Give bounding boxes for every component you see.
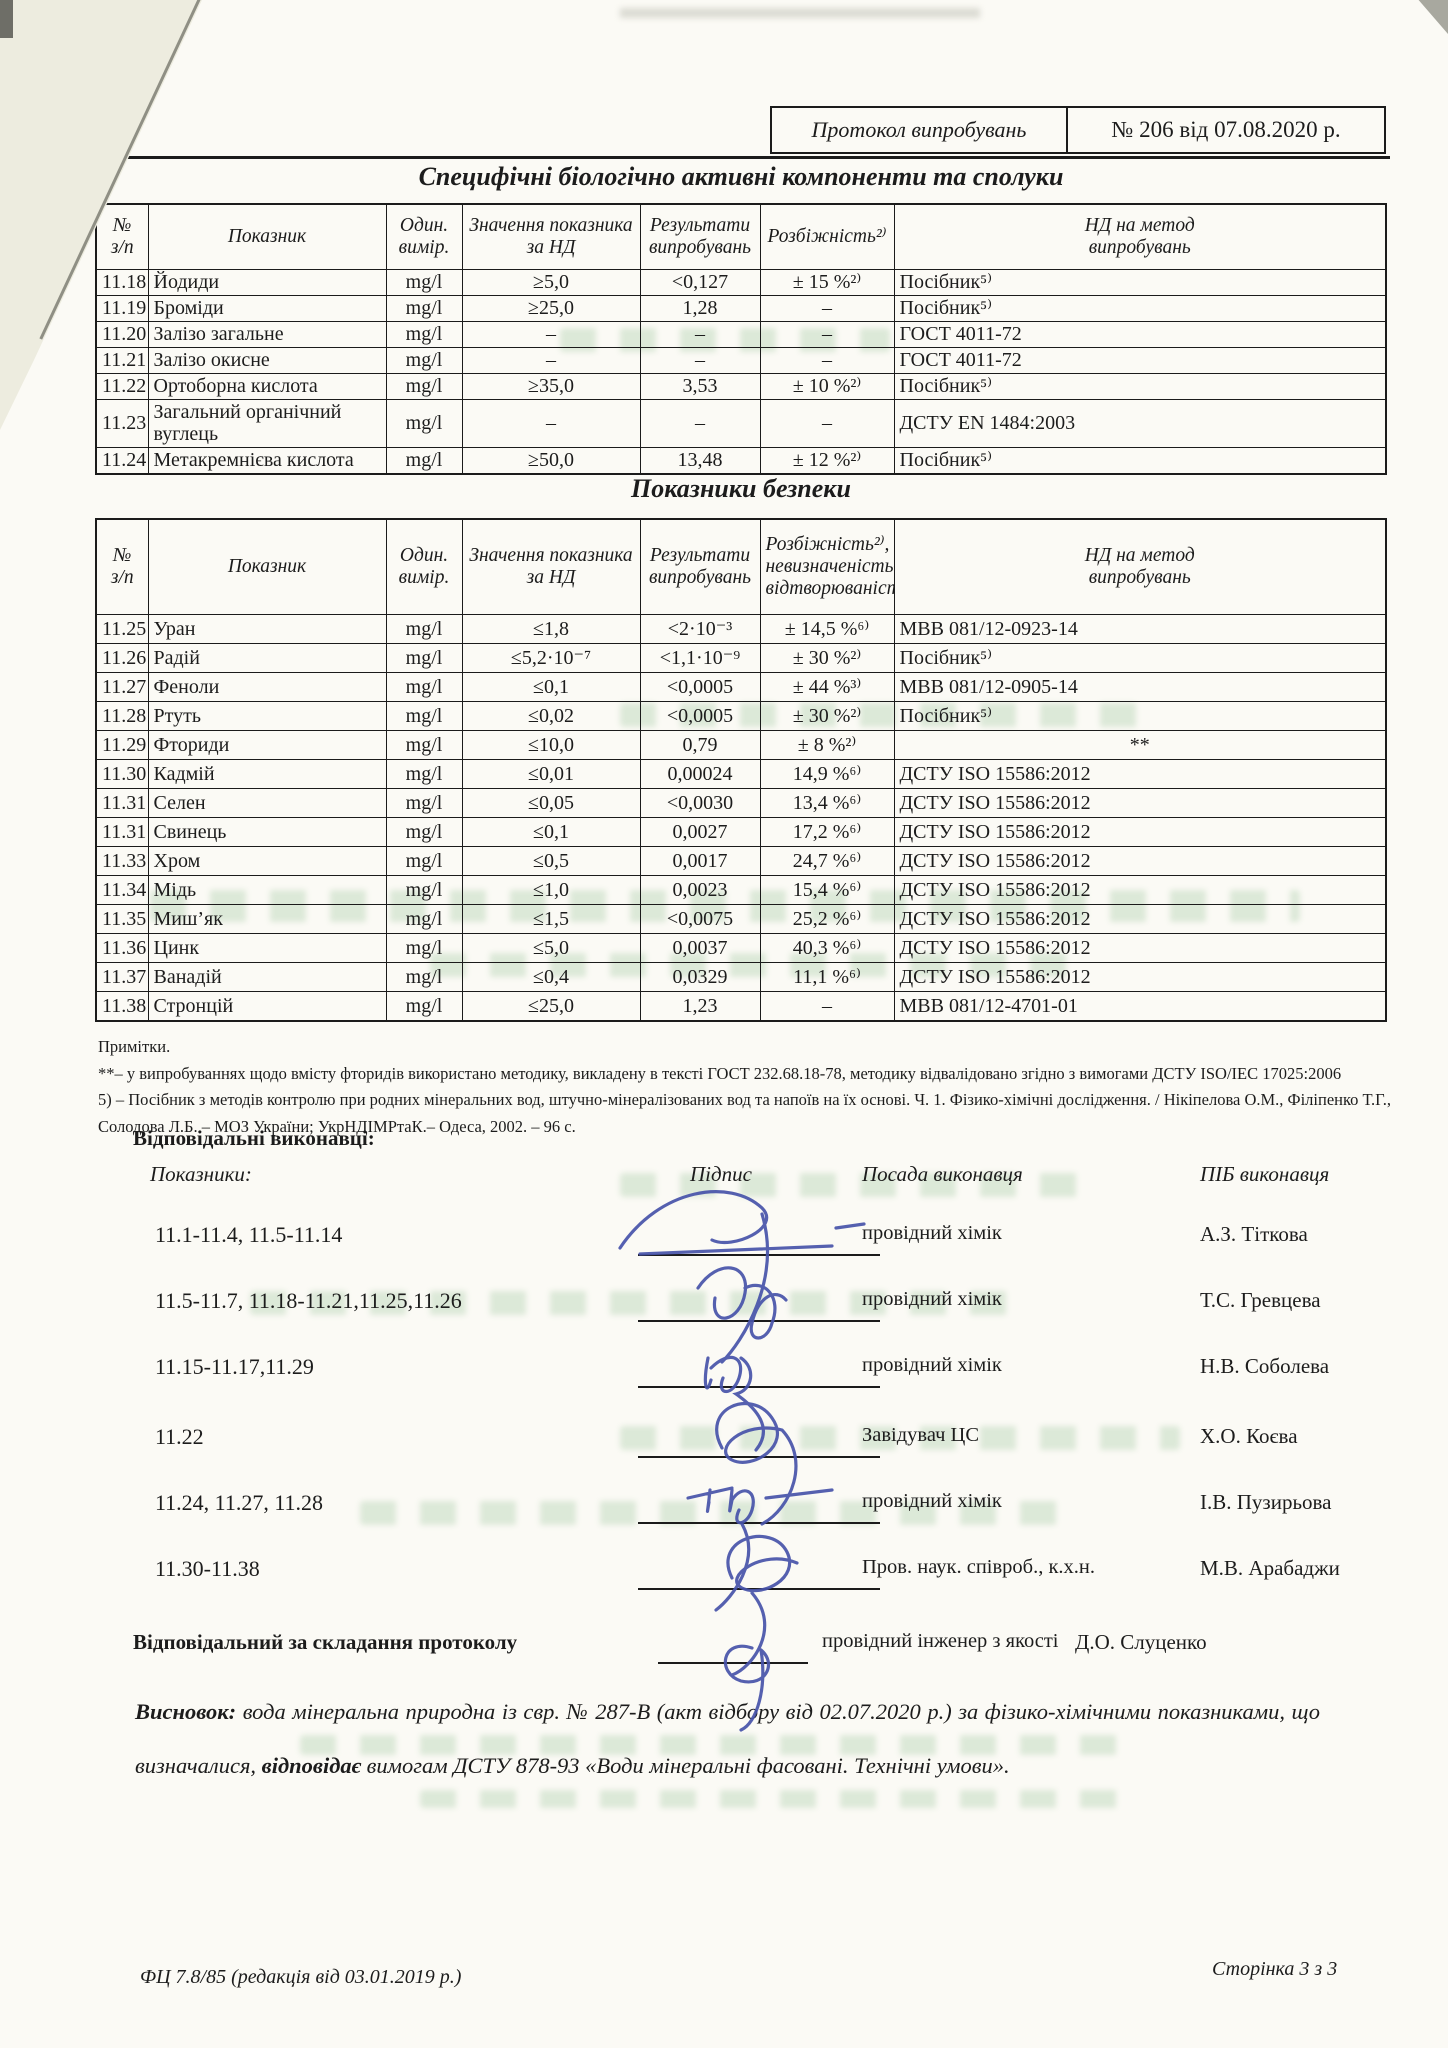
responsible-role: провідний інженер з якості (822, 1630, 1059, 1653)
executor-indicators: 11.5-11.7, 11.18-11.21,11.25,11.26 (155, 1288, 462, 1314)
form-code: ФЦ 7.8/85 (редакція від 03.01.2019 р.) (140, 1966, 461, 1989)
table-row: 11.31Свинецьmg/l≤0,10,002717,2 %⁶⁾ДСТУ I… (96, 818, 1386, 847)
table-cell: ± 44 %³⁾ (760, 673, 894, 702)
executor-indicators: 11.24, 11.27, 11.28 (155, 1490, 323, 1516)
table-cell: mg/l (386, 447, 462, 474)
table-cell: mg/l (386, 374, 462, 400)
table-cell: ГОСТ 4011-72 (894, 322, 1386, 348)
column-header: Показник (148, 519, 386, 615)
col-header-name: ПІБ виконавця (1200, 1162, 1329, 1187)
table-cell: <0,0030 (640, 789, 760, 818)
table-cell: 0,00024 (640, 760, 760, 789)
table-header-row: № з/пПоказникОдин. вимір.Значення показн… (96, 204, 1386, 270)
column-header: Один. вимір. (386, 204, 462, 270)
table-cell: mg/l (386, 322, 462, 348)
table-cell: Посібник⁵⁾ (894, 270, 1386, 296)
table-cell: 11,1 %⁶⁾ (760, 963, 894, 992)
column-header: Результати випробувань (640, 519, 760, 615)
table-cell: ± 15 %²⁾ (760, 270, 894, 296)
table-header-row: № з/пПоказникОдин. вимір.Значення показн… (96, 519, 1386, 615)
signature-line (638, 1254, 880, 1256)
table-cell: 0,0037 (640, 934, 760, 963)
table-cell: 0,0017 (640, 847, 760, 876)
table-cell: mg/l (386, 348, 462, 374)
table-cell: Фториди (148, 731, 386, 760)
executor-role: провідний хімік (862, 1354, 1002, 1377)
table-cell: ГОСТ 4011-72 (894, 348, 1386, 374)
signature-line (638, 1588, 880, 1590)
table-row: 11.18Йодидиmg/l≥5,0<0,127± 15 %²⁾Посібни… (96, 270, 1386, 296)
executor-name: І.В. Пузирьова (1200, 1490, 1332, 1515)
safety-indicators-table: № з/пПоказникОдин. вимір.Значення показн… (95, 518, 1387, 1022)
table-cell: ± 14,5 %⁶⁾ (760, 615, 894, 644)
table-cell: ≤5,2·10⁻⁷ (462, 644, 640, 673)
table-row: 11.22Ортоборна кислотаmg/l≥35,03,53± 10 … (96, 374, 1386, 400)
table-cell: mg/l (386, 400, 462, 448)
column-header: НД на метод випробувань (894, 204, 1386, 270)
page-number: Сторінка 3 з 3 (1212, 1958, 1337, 1981)
table-cell: Йодиди (148, 270, 386, 296)
column-header: № з/п (96, 204, 148, 270)
table-cell: Залізо окисне (148, 348, 386, 374)
table-cell: mg/l (386, 789, 462, 818)
protocol-label: Протокол випробувань (772, 108, 1068, 152)
table-cell: Метакремнієва кислота (148, 447, 386, 474)
table-cell: 40,3 %⁶⁾ (760, 934, 894, 963)
table-cell: 14,9 %⁶⁾ (760, 760, 894, 789)
table-cell: ≤25,0 (462, 992, 640, 1022)
table-row: 11.27Фенолиmg/l≤0,1<0,0005± 44 %³⁾МВВ 08… (96, 673, 1386, 702)
column-header: Розбіжність²⁾ (760, 204, 894, 270)
table-cell: 11.37 (96, 963, 148, 992)
scan-corner-artifact (1406, 0, 1448, 34)
table-cell: Радій (148, 644, 386, 673)
table-row: 11.19Бромідиmg/l≥25,01,28–Посібник⁵⁾ (96, 296, 1386, 322)
column-header: Значення показника за НД (462, 519, 640, 615)
table-cell: ДСТУ ISO 15586:2012 (894, 760, 1386, 789)
table-cell: Миш’як (148, 905, 386, 934)
table-cell: 11.31 (96, 789, 148, 818)
table-cell: mg/l (386, 731, 462, 760)
table-cell: 11.22 (96, 374, 148, 400)
table-cell: – (760, 348, 894, 374)
table-cell: 11.34 (96, 876, 148, 905)
table-cell: – (760, 322, 894, 348)
table-cell: 0,0027 (640, 818, 760, 847)
executors-heading: Відповідальні виконавці: (133, 1126, 375, 1151)
signature-line (658, 1662, 808, 1664)
table-cell: mg/l (386, 905, 462, 934)
table-cell: Посібник⁵⁾ (894, 296, 1386, 322)
signature-stroke (620, 1192, 864, 1362)
table-cell: Мідь (148, 876, 386, 905)
executor-name: Т.С. Гревцева (1200, 1288, 1321, 1313)
table-cell: <0,0005 (640, 673, 760, 702)
table-cell: ≥5,0 (462, 270, 640, 296)
table-cell: Селен (148, 789, 386, 818)
table-cell: 25,2 %⁶⁾ (760, 905, 894, 934)
table-cell: 3,53 (640, 374, 760, 400)
table-cell: 11.20 (96, 322, 148, 348)
executor-indicators: 11.15-11.17,11.29 (155, 1354, 314, 1380)
table-cell: ≤0,5 (462, 847, 640, 876)
table-cell: 24,7 %⁶⁾ (760, 847, 894, 876)
table-row: 11.31Селенmg/l≤0,05<0,003013,4 %⁶⁾ДСТУ I… (96, 789, 1386, 818)
executor-name: Х.О. Коєва (1200, 1424, 1298, 1449)
table-cell: Посібник⁵⁾ (894, 644, 1386, 673)
table-row: 11.21Залізо окиснеmg/l–––ГОСТ 4011-72 (96, 348, 1386, 374)
table-cell: Феноли (148, 673, 386, 702)
table-cell: 11.33 (96, 847, 148, 876)
table-cell: ≤0,01 (462, 760, 640, 789)
table-row: 11.26Радійmg/l≤5,2·10⁻⁷<1,1·10⁻⁹± 30 %²⁾… (96, 644, 1386, 673)
executor-name: М.В. Арабаджи (1200, 1556, 1340, 1581)
table-cell: Цинк (148, 934, 386, 963)
table-cell: ** (894, 731, 1386, 760)
table-cell: ≤1,0 (462, 876, 640, 905)
table-cell: mg/l (386, 876, 462, 905)
table-row: 11.23Загальний органічний вуглецьmg/l–––… (96, 400, 1386, 448)
conclusion-text-2: вимогам ДСТУ 878-93 «Води мінеральні фас… (361, 1753, 1010, 1778)
table-cell: mg/l (386, 818, 462, 847)
signature-line (638, 1522, 880, 1524)
conclusion-paragraph: Висновок: вода мінеральна природна із св… (135, 1685, 1320, 1794)
table-cell: ± 30 %²⁾ (760, 644, 894, 673)
col-header-indicators: Показники: (150, 1162, 252, 1187)
table-cell: ≤5,0 (462, 934, 640, 963)
signature-line (638, 1386, 880, 1388)
table-row: 11.30Кадмійmg/l≤0,010,0002414,9 %⁶⁾ДСТУ … (96, 760, 1386, 789)
scan-smudge (620, 8, 980, 18)
table-cell: Посібник⁵⁾ (894, 374, 1386, 400)
table-cell: Свинець (148, 818, 386, 847)
table-cell: ДСТУ ISO 15586:2012 (894, 963, 1386, 992)
table-cell: МВВ 081/12-0905-14 (894, 673, 1386, 702)
table-cell: 11.31 (96, 818, 148, 847)
table-cell: 11.26 (96, 644, 148, 673)
table-cell: <0,127 (640, 270, 760, 296)
table-row: 11.20Залізо загальнеmg/l–––ГОСТ 4011-72 (96, 322, 1386, 348)
table-cell: ≥35,0 (462, 374, 640, 400)
table-cell: 11.25 (96, 615, 148, 644)
section2-title: Показники безпеки (95, 474, 1387, 504)
table-cell: ДСТУ ISO 15586:2012 (894, 818, 1386, 847)
table-cell: mg/l (386, 992, 462, 1022)
table-cell: mg/l (386, 644, 462, 673)
executor-role: Завідувач ЦС (862, 1424, 979, 1447)
scan-edge-artifact (0, 0, 13, 38)
column-header: Значення показника за НД (462, 204, 640, 270)
table-row: 11.35Миш’якmg/l≤1,5<0,007525,2 %⁶⁾ДСТУ I… (96, 905, 1386, 934)
table-cell: МВВ 081/12-0923-14 (894, 615, 1386, 644)
protocol-header-box: Протокол випробувань № 206 від 07.08.202… (770, 106, 1386, 154)
table-cell: ДСТУ ISO 15586:2012 (894, 905, 1386, 934)
table-cell: mg/l (386, 296, 462, 322)
executor-name: Н.В. Соболева (1200, 1354, 1329, 1379)
column-header: Один. вимір. (386, 519, 462, 615)
table-cell: mg/l (386, 847, 462, 876)
table-cell: ДСТУ ISO 15586:2012 (894, 876, 1386, 905)
responsible-label: Відповідальний за складання протоколу (133, 1630, 517, 1655)
table-cell: 11.28 (96, 702, 148, 731)
table-cell: ≤0,05 (462, 789, 640, 818)
col-header-signature: Підпис (690, 1162, 752, 1187)
table-cell: mg/l (386, 934, 462, 963)
table-cell: ± 8 %²⁾ (760, 731, 894, 760)
notes-block: Примітки. **– у випробуваннях щодо вміст… (98, 1034, 1394, 1141)
table-cell: ± 12 %²⁾ (760, 447, 894, 474)
table-cell: 11.27 (96, 673, 148, 702)
table-cell: Залізо загальне (148, 322, 386, 348)
table-cell: ДСТУ ISO 15586:2012 (894, 789, 1386, 818)
table-row: 11.33Хромmg/l≤0,50,001724,7 %⁶⁾ДСТУ ISO … (96, 847, 1386, 876)
table-cell: mg/l (386, 270, 462, 296)
table-row: 11.28Ртутьmg/l≤0,02<0,0005± 30 %²⁾Посібн… (96, 702, 1386, 731)
table-row: 11.34Мідьmg/l≤1,00,002315,4 %⁶⁾ДСТУ ISO … (96, 876, 1386, 905)
table-cell: 11.30 (96, 760, 148, 789)
table-cell: ≤0,1 (462, 818, 640, 847)
table-cell: 13,4 %⁶⁾ (760, 789, 894, 818)
table-cell: 11.21 (96, 348, 148, 374)
table-cell: – (462, 322, 640, 348)
table-cell: ± 30 %²⁾ (760, 702, 894, 731)
table-cell: Броміди (148, 296, 386, 322)
column-header: НД на метод випробувань (894, 519, 1386, 615)
executor-role: провідний хімік (862, 1288, 1002, 1311)
table-cell: Загальний органічний вуглець (148, 400, 386, 448)
note-fluoride-method: **– у випробуваннях щодо вмісту фторидів… (98, 1061, 1394, 1088)
table-cell: 0,0023 (640, 876, 760, 905)
table-cell: – (640, 400, 760, 448)
table-cell: ≥50,0 (462, 447, 640, 474)
table-cell: Ортоборна кислота (148, 374, 386, 400)
protocol-number: № 206 від 07.08.2020 р. (1068, 108, 1384, 152)
table-cell: Посібник⁵⁾ (894, 447, 1386, 474)
table-cell: Посібник⁵⁾ (894, 702, 1386, 731)
conclusion-label: Висновок: (135, 1699, 236, 1724)
table-cell: 11.38 (96, 992, 148, 1022)
table-cell: <0,0005 (640, 702, 760, 731)
col-header-position: Посада виконавця (862, 1162, 1023, 1187)
table-cell: mg/l (386, 702, 462, 731)
signature-line (638, 1456, 880, 1458)
table-row: 11.36Цинкmg/l≤5,00,003740,3 %⁶⁾ДСТУ ISO … (96, 934, 1386, 963)
table-cell: <0,0075 (640, 905, 760, 934)
table-cell: mg/l (386, 673, 462, 702)
table-cell: 11.19 (96, 296, 148, 322)
signature-line (638, 1320, 880, 1322)
table-cell: ДСТУ EN 1484:2003 (894, 400, 1386, 448)
table-cell: Ванадій (148, 963, 386, 992)
table-cell: 1,28 (640, 296, 760, 322)
table-cell: 17,2 %⁶⁾ (760, 818, 894, 847)
specific-components-table: № з/пПоказникОдин. вимір.Значення показн… (95, 203, 1387, 475)
table-cell: 1,23 (640, 992, 760, 1022)
table-cell: – (640, 348, 760, 374)
column-header: Розбіжність²⁾, невизначеність³⁾, відтвор… (760, 519, 894, 615)
table-cell: Хром (148, 847, 386, 876)
executor-indicators: 11.1-11.4, 11.5-11.14 (155, 1222, 342, 1248)
column-header: Результати випробувань (640, 204, 760, 270)
section1-title: Специфічні біологічно активні компоненти… (95, 162, 1387, 192)
table-cell: 11.18 (96, 270, 148, 296)
table-cell: – (760, 992, 894, 1022)
notes-title: Примітки. (98, 1034, 1394, 1061)
table-cell: mg/l (386, 760, 462, 789)
conclusion-emphasis: відповідає (262, 1753, 361, 1778)
table-cell: – (760, 400, 894, 448)
table-cell: Уран (148, 615, 386, 644)
table-cell: ≤0,1 (462, 673, 640, 702)
table-cell: – (462, 348, 640, 374)
executor-role: провідний хімік (862, 1490, 1002, 1513)
table-row: 11.29Фторидиmg/l≤10,00,79± 8 %²⁾** (96, 731, 1386, 760)
table-cell: 0,79 (640, 731, 760, 760)
divider-rule (100, 156, 1390, 159)
table-cell: – (640, 322, 760, 348)
executor-role: Пров. наук. співроб., к.х.н. (862, 1556, 1095, 1579)
table-cell: – (462, 400, 640, 448)
column-header: Показник (148, 204, 386, 270)
table-cell: Кадмій (148, 760, 386, 789)
table-cell: ≤10,0 (462, 731, 640, 760)
column-header: № з/п (96, 519, 148, 615)
table-cell: 11.24 (96, 447, 148, 474)
table-cell: Стронцій (148, 992, 386, 1022)
table-cell: <1,1·10⁻⁹ (640, 644, 760, 673)
responsible-name: Д.О. Слуценко (1075, 1630, 1207, 1655)
executor-role: провідний хімік (862, 1222, 1002, 1245)
table-cell: ≤1,8 (462, 615, 640, 644)
executor-name: А.З. Тіткова (1200, 1222, 1308, 1247)
table-cell: mg/l (386, 963, 462, 992)
table-cell: ≤0,4 (462, 963, 640, 992)
signature-stroke (728, 1536, 797, 1675)
table-cell: 11.23 (96, 400, 148, 448)
table-cell: 11.29 (96, 731, 148, 760)
table-cell: 15,4 %⁶⁾ (760, 876, 894, 905)
table-cell: 11.36 (96, 934, 148, 963)
table-cell: ДСТУ ISO 15586:2012 (894, 847, 1386, 876)
table-row: 11.38Стронційmg/l≤25,01,23–МВВ 081/12-47… (96, 992, 1386, 1022)
table-cell: МВВ 081/12-4701-01 (894, 992, 1386, 1022)
table-cell: 11.35 (96, 905, 148, 934)
table-cell: – (760, 296, 894, 322)
table-cell: ≥25,0 (462, 296, 640, 322)
table-cell: ДСТУ ISO 15586:2012 (894, 934, 1386, 963)
table-cell: ± 10 %²⁾ (760, 374, 894, 400)
executor-indicators: 11.30-11.38 (155, 1556, 260, 1582)
executor-indicators: 11.22 (155, 1424, 204, 1450)
table-cell: ≤1,5 (462, 905, 640, 934)
scanned-protocol-page: Протокол випробувань № 206 від 07.08.202… (0, 0, 1448, 2048)
table-cell: mg/l (386, 615, 462, 644)
table-row: 11.24Метакремнієва кислотаmg/l≥50,013,48… (96, 447, 1386, 474)
table-cell: Ртуть (148, 702, 386, 731)
table-row: 11.37Ванадійmg/l≤0,40,032911,1 %⁶⁾ДСТУ I… (96, 963, 1386, 992)
table-cell: <2·10⁻³ (640, 615, 760, 644)
table-cell: 0,0329 (640, 963, 760, 992)
table-row: 11.25Уранmg/l≤1,8<2·10⁻³± 14,5 %⁶⁾МВВ 08… (96, 615, 1386, 644)
table-cell: ≤0,02 (462, 702, 640, 731)
table-cell: 13,48 (640, 447, 760, 474)
